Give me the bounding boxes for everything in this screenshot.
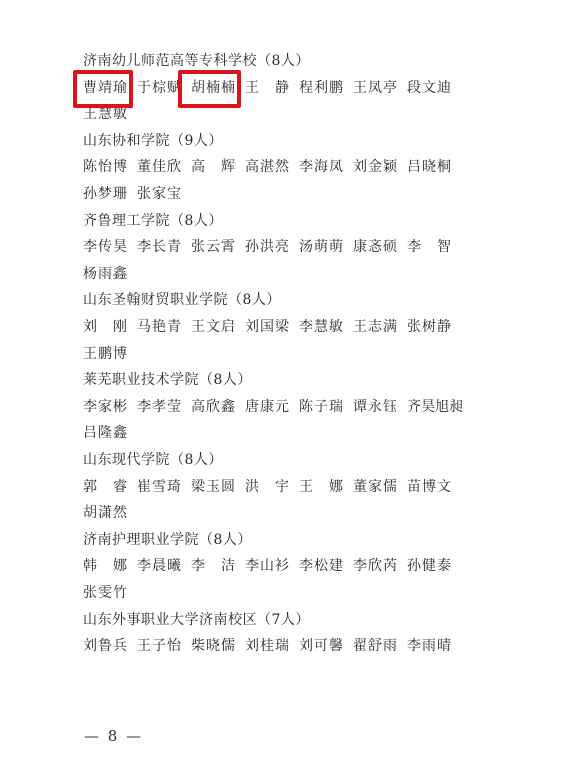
name-row: 王慧敏 bbox=[83, 103, 483, 125]
name-row: 杨雨鑫 bbox=[83, 263, 483, 285]
person-name: 马艳青 bbox=[137, 316, 187, 338]
name-row: 韩 娜李晨曦李 洁李山衫李松建李欣芮孙健泰 bbox=[83, 555, 483, 577]
person-name: 刘鲁兵 bbox=[83, 635, 133, 657]
person-name: 翟舒雨 bbox=[353, 635, 403, 657]
person-name: 王凤亭 bbox=[353, 77, 403, 99]
name-row: 李传昊李长青张云霄孙洪亮汤萌萌康忞硕李 智 bbox=[83, 236, 483, 258]
person-name: 王鹏博 bbox=[83, 343, 133, 365]
person-name: 陈怡博 bbox=[83, 156, 133, 178]
person-name: 郭 睿 bbox=[83, 476, 133, 498]
section-heading: 济南幼儿师范高等专科学校（8人） bbox=[83, 50, 310, 72]
person-name: 刘桂瑞 bbox=[245, 635, 295, 657]
name-row: 曹靖瑜于棕赋胡楠楠王 静程利鹏王凤亭段文迪 bbox=[83, 77, 483, 99]
person-name: 汤萌萌 bbox=[299, 236, 349, 258]
person-name: 李 智 bbox=[407, 236, 457, 258]
name-row: 张雯竹 bbox=[83, 582, 483, 604]
person-name: 崔雪琦 bbox=[137, 476, 187, 498]
person-name: 王慧敏 bbox=[83, 103, 133, 125]
person-name: 李海凤 bbox=[299, 156, 349, 178]
person-name: 梁玉圆 bbox=[191, 476, 241, 498]
name-row: 胡潇然 bbox=[83, 502, 483, 524]
person-name: 杨雨鑫 bbox=[83, 263, 133, 285]
person-name: 胡潇然 bbox=[83, 502, 133, 524]
person-name: 孙梦珊 bbox=[83, 183, 133, 205]
person-name: 李晨曦 bbox=[137, 555, 187, 577]
person-name: 王 静 bbox=[245, 77, 295, 99]
name-row: 吕隆鑫 bbox=[83, 422, 483, 444]
name-row: 陈怡博董佳欣高 辉高湛然李海凤刘金颖吕晓桐 bbox=[83, 156, 483, 178]
person-name: 李雨晴 bbox=[407, 635, 457, 657]
person-name: 高湛然 bbox=[245, 156, 295, 178]
person-name: 张云霄 bbox=[191, 236, 241, 258]
section-heading: 齐鲁理工学院（8人） bbox=[83, 210, 223, 232]
person-name: 康忞硕 bbox=[353, 236, 403, 258]
person-name: 董佳欣 bbox=[137, 156, 187, 178]
person-name: 孙洪亮 bbox=[245, 236, 295, 258]
person-name: 于棕赋 bbox=[137, 77, 187, 99]
person-name: 高欣鑫 bbox=[191, 396, 241, 418]
person-name: 李传昊 bbox=[83, 236, 133, 258]
name-row: 郭 睿崔雪琦梁玉圆洪 宇王 娜董家儒苗博文 bbox=[83, 476, 483, 498]
person-name: 李慧敏 bbox=[299, 316, 349, 338]
person-name: 李孝莹 bbox=[137, 396, 187, 418]
person-name: 王文启 bbox=[191, 316, 241, 338]
person-name: 齐昊旭昶 bbox=[407, 396, 467, 418]
person-name: 孙健泰 bbox=[407, 555, 457, 577]
section-heading: 山东圣翰财贸职业学院（8人） bbox=[83, 289, 281, 311]
person-name: 胡楠楠 bbox=[191, 77, 241, 99]
person-name: 吕隆鑫 bbox=[83, 422, 133, 444]
person-name: 王 娜 bbox=[299, 476, 349, 498]
person-name: 李松建 bbox=[299, 555, 349, 577]
person-name: 刘金颖 bbox=[353, 156, 403, 178]
person-name: 苗博文 bbox=[407, 476, 457, 498]
person-name: 曹靖瑜 bbox=[83, 77, 133, 99]
page-number: — 8 — bbox=[84, 727, 143, 745]
document-page: 济南幼儿师范高等专科学校（8人）曹靖瑜于棕赋胡楠楠王 静程利鹏王凤亭段文迪王慧敏… bbox=[0, 0, 575, 767]
person-name: 王子怡 bbox=[137, 635, 187, 657]
section-heading: 山东协和学院（9人） bbox=[83, 130, 223, 152]
person-name: 董家儒 bbox=[353, 476, 403, 498]
person-name: 张雯竹 bbox=[83, 582, 133, 604]
person-name: 韩 娜 bbox=[83, 555, 133, 577]
section-heading: 莱芜职业技术学院（8人） bbox=[83, 369, 252, 391]
person-name: 唐康元 bbox=[245, 396, 295, 418]
person-name: 洪 宇 bbox=[245, 476, 295, 498]
name-row: 王鹏博 bbox=[83, 343, 483, 365]
person-name: 柴晓儒 bbox=[191, 635, 241, 657]
person-name: 李长青 bbox=[137, 236, 187, 258]
person-name: 谭永钰 bbox=[353, 396, 403, 418]
person-name: 刘 刚 bbox=[83, 316, 133, 338]
name-row: 李家彬李孝莹高欣鑫唐康元陈子瑞谭永钰齐昊旭昶 bbox=[83, 396, 483, 418]
person-name: 段文迪 bbox=[407, 77, 457, 99]
person-name: 李欣芮 bbox=[353, 555, 403, 577]
person-name: 程利鹏 bbox=[299, 77, 349, 99]
name-row: 刘 刚马艳青王文启刘国梁李慧敏王志满张树静 bbox=[83, 316, 483, 338]
person-name: 王志满 bbox=[353, 316, 403, 338]
person-name: 张家宝 bbox=[137, 183, 187, 205]
person-name: 高 辉 bbox=[191, 156, 241, 178]
person-name: 李山衫 bbox=[245, 555, 295, 577]
section-heading: 山东外事职业大学济南校区（7人） bbox=[83, 609, 310, 631]
section-heading: 山东现代学院（8人） bbox=[83, 449, 223, 471]
person-name: 刘可馨 bbox=[299, 635, 349, 657]
person-name: 吕晓桐 bbox=[407, 156, 457, 178]
person-name: 陈子瑞 bbox=[299, 396, 349, 418]
person-name: 李 洁 bbox=[191, 555, 241, 577]
person-name: 张树静 bbox=[407, 316, 457, 338]
name-row: 刘鲁兵王子怡柴晓儒刘桂瑞刘可馨翟舒雨李雨晴 bbox=[83, 635, 483, 657]
person-name: 刘国梁 bbox=[245, 316, 295, 338]
person-name: 李家彬 bbox=[83, 396, 133, 418]
name-row: 孙梦珊张家宝 bbox=[83, 183, 483, 205]
section-heading: 济南护理职业学院（8人） bbox=[83, 529, 252, 551]
